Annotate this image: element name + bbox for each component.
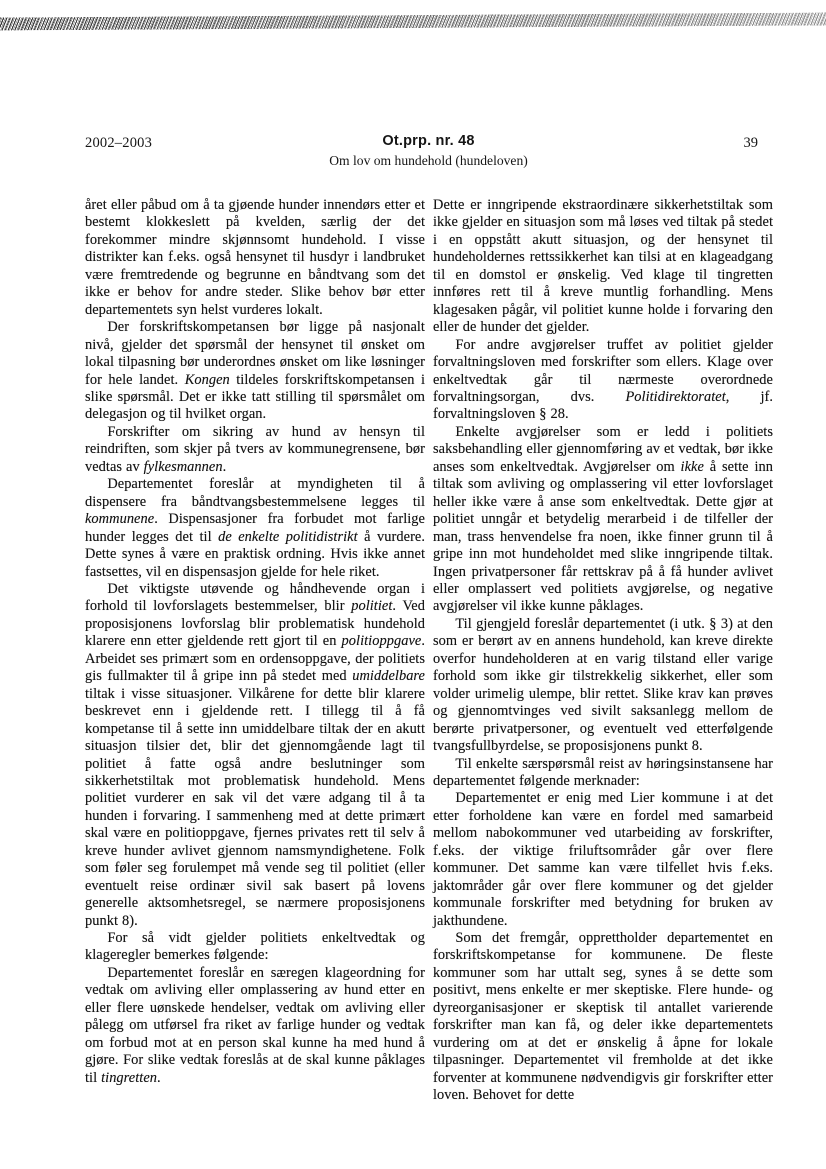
right-column: Dette er inngripende ekstraordinære sikk… (433, 197, 773, 1105)
text-run: Departementet foreslår at myndigheten ti… (85, 476, 425, 509)
text-columns: året eller påbud om å ta gjøende hunder … (85, 197, 773, 1105)
paragraph: Det viktigste utøvende og håndhevende or… (85, 581, 425, 930)
text-run: . (157, 1070, 161, 1086)
document-title: Ot.prp. nr. 48 (85, 133, 772, 150)
title-block: Ot.prp. nr. 48 Om lov om hundehold (hund… (85, 133, 772, 169)
paragraph: Departementet er enig med Lier kommune i… (433, 790, 773, 930)
italic-text-run: de enkelte politidistrikt (218, 529, 358, 545)
paragraph: Departementet foreslår at myndigheten ti… (85, 476, 425, 581)
text-run: Departementet foreslår en særegen klageo… (85, 965, 425, 1086)
paragraph: For andre avgjørelser truffet av politie… (433, 337, 773, 424)
paragraph: Som det fremgår, opprettholder departeme… (433, 930, 773, 1105)
paragraph: Departementet foreslår en særegen klageo… (85, 965, 425, 1087)
text-run: å sette inn tiltak som avliving og ompla… (433, 459, 773, 615)
italic-text-run: politioppgave (342, 633, 422, 649)
page-number: 39 (744, 135, 759, 152)
text-run: tiltak i visse situasjoner. Vilkårene fo… (85, 686, 425, 929)
text-run: . (223, 459, 227, 475)
text-run: Dette er inngripende ekstraordinære sikk… (433, 197, 773, 335)
text-run: året eller påbud om å ta gjøende hunder … (85, 197, 425, 318)
text-run: Til gjengjeld foreslår departementet (i … (433, 616, 773, 754)
paragraph: Der forskriftskompetansen bør ligge på n… (85, 319, 425, 424)
text-run: For så vidt gjelder politiets enkeltvedt… (85, 930, 425, 963)
text-run: Forskrifter om sikring av hund av hensyn… (85, 424, 425, 475)
italic-text-run: politiet (351, 598, 392, 614)
left-column: året eller påbud om å ta gjøende hunder … (85, 197, 425, 1105)
paragraph: året eller påbud om å ta gjøende hunder … (85, 197, 425, 319)
italic-text-run: umiddelbare (352, 668, 425, 684)
page-header: 2002–2003 39 Ot.prp. nr. 48 Om lov om hu… (85, 133, 772, 169)
paragraph: Forskrifter om sikring av hund av hensyn… (85, 424, 425, 476)
session-label: 2002–2003 (85, 135, 152, 152)
italic-text-run: fylkesmannen (144, 459, 223, 475)
document-subtitle: Om lov om hundehold (hundeloven) (85, 152, 772, 169)
paragraph: Enkelte avgjørelser som er ledd i politi… (433, 424, 773, 616)
scan-edge-artifact (0, 12, 826, 30)
text-run: Departementet er enig med Lier kommune i… (433, 790, 773, 928)
italic-text-run: Politidirektoratet (625, 389, 725, 405)
italic-text-run: ikke (681, 459, 704, 475)
italic-text-run: kommunene (85, 511, 154, 527)
paragraph: Dette er inngripende ekstraordinære sikk… (433, 197, 773, 337)
paragraph: For så vidt gjelder politiets enkeltvedt… (85, 930, 425, 965)
text-run: Som det fremgår, opprettholder departeme… (433, 930, 773, 1103)
text-run: Til enkelte særspørsmål reist av hørings… (433, 756, 773, 789)
paragraph: Til enkelte særspørsmål reist av hørings… (433, 756, 773, 791)
italic-text-run: tingretten (101, 1070, 157, 1086)
paragraph: Til gjengjeld foreslår departementet (i … (433, 616, 773, 756)
italic-text-run: Kongen (185, 372, 230, 388)
